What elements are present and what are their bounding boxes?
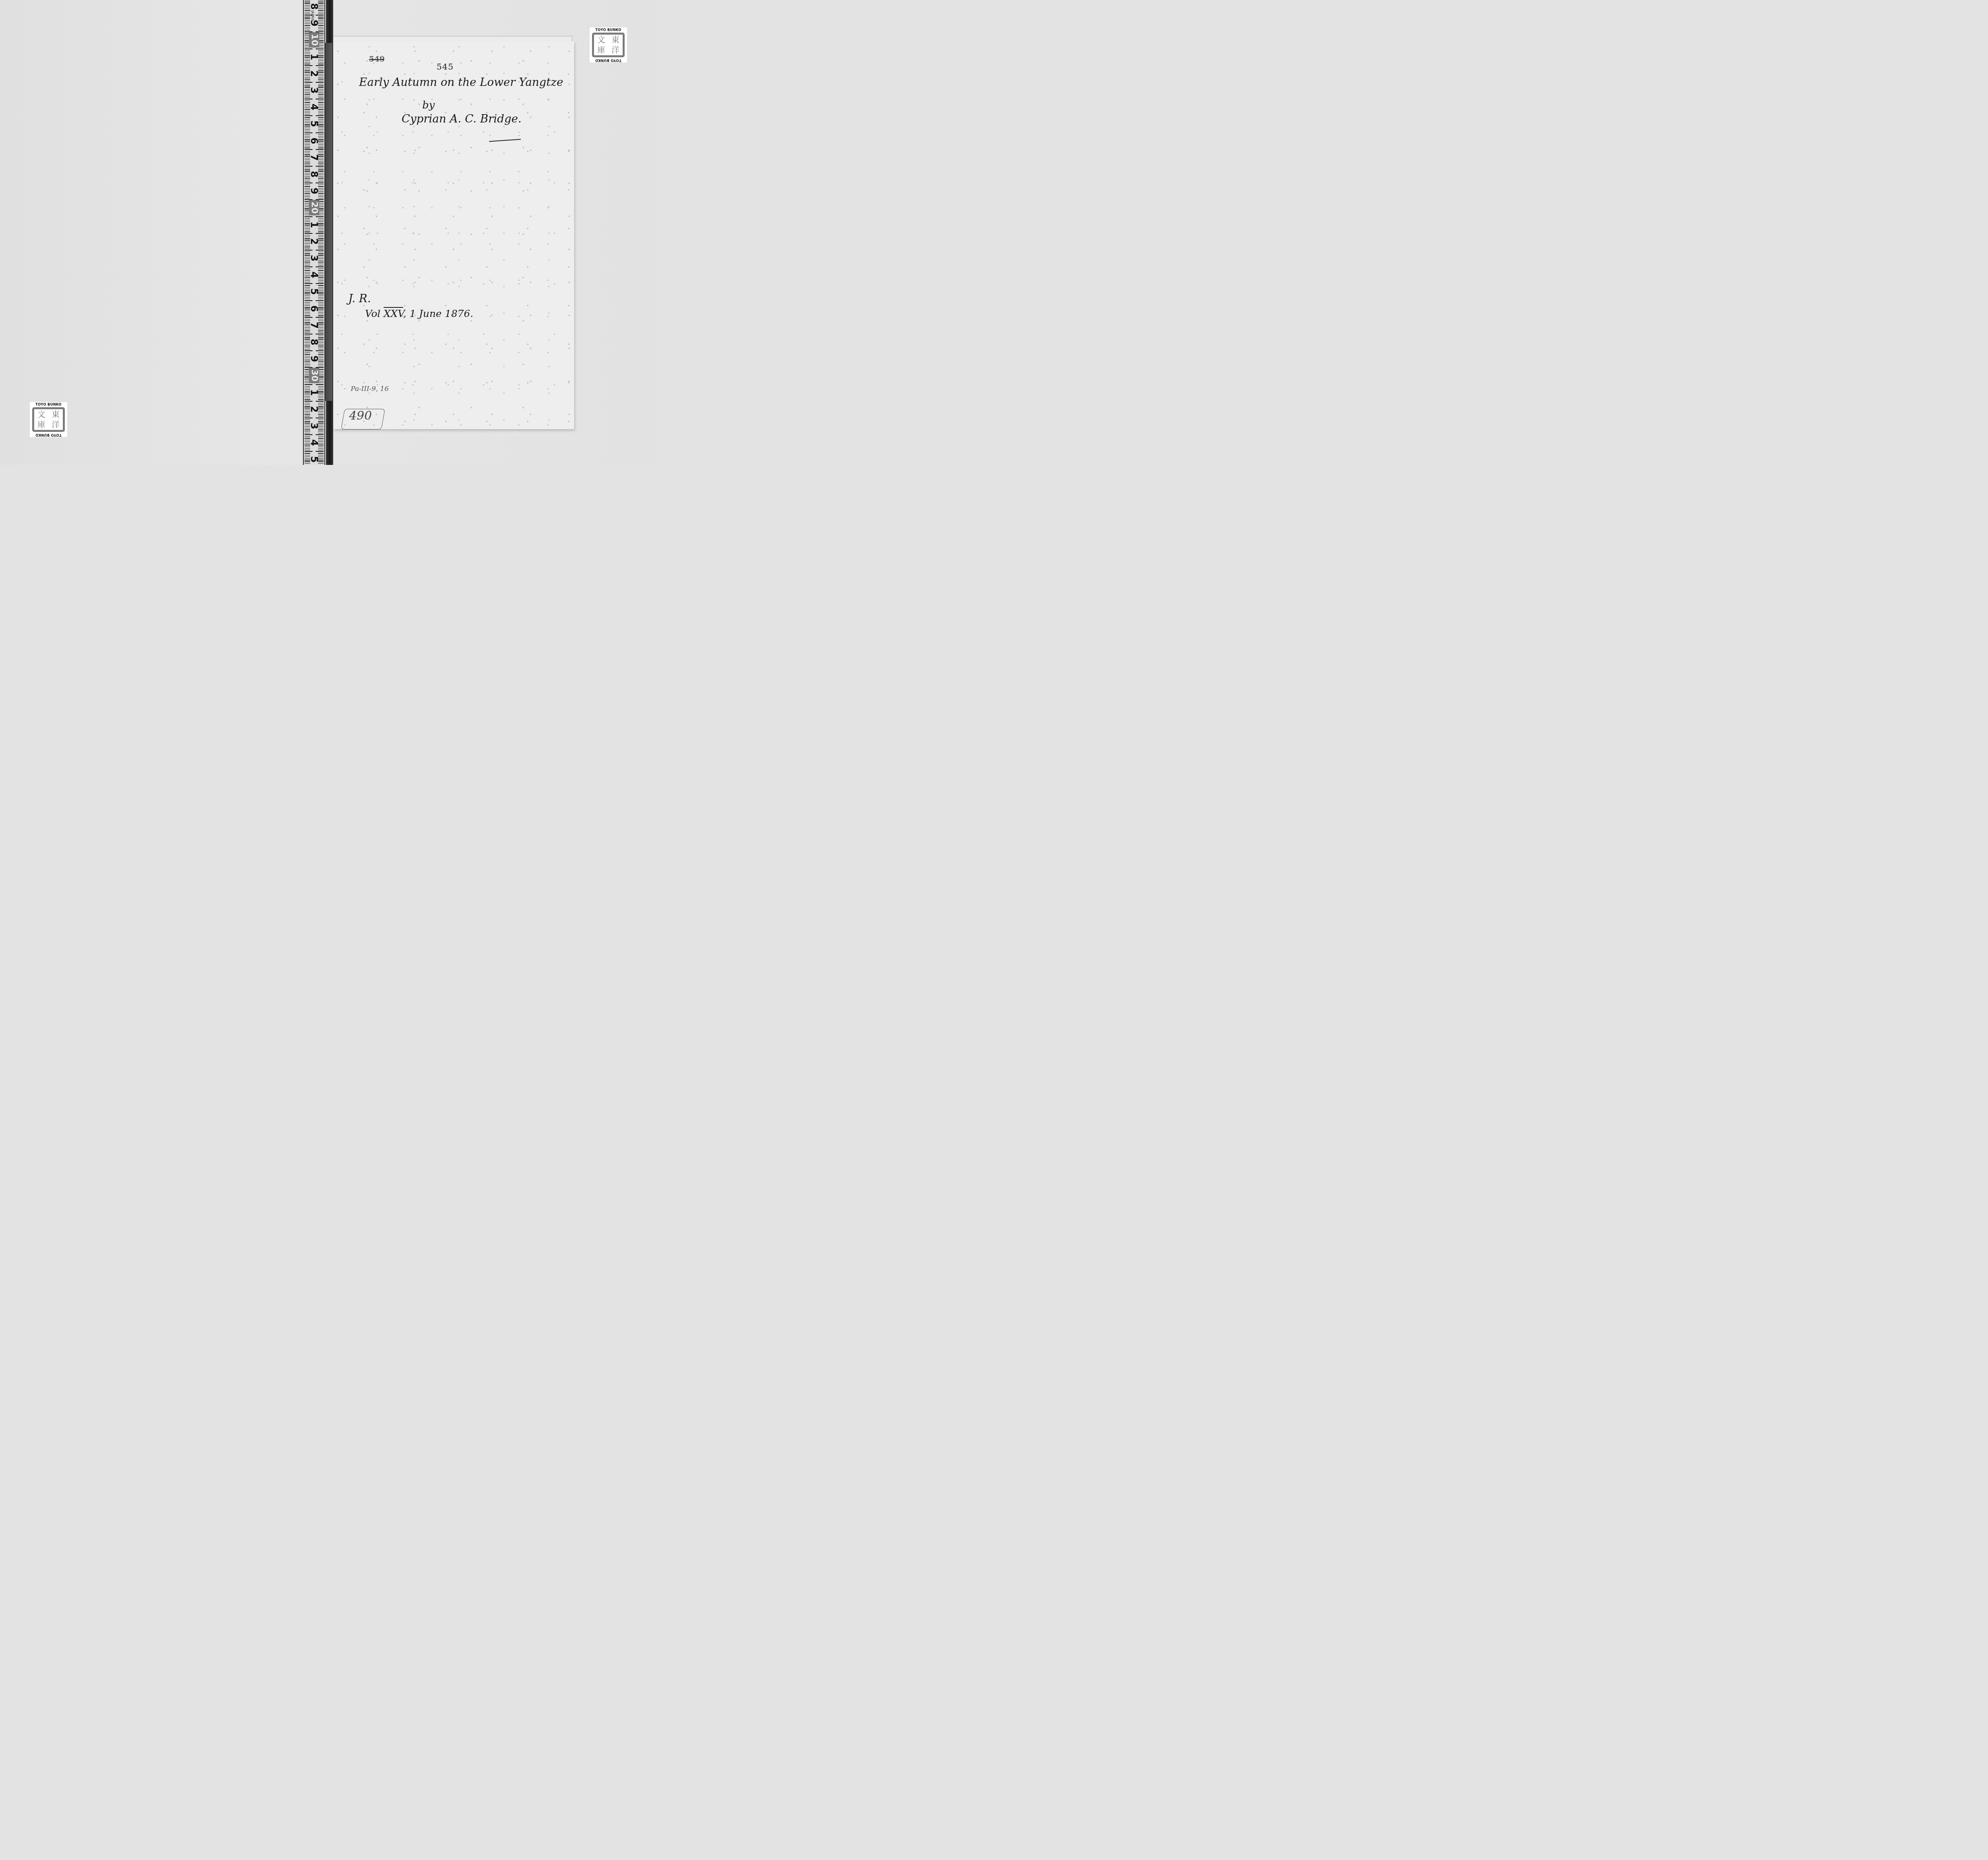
volume-date-line: Vol XXV, 1 June 1876. bbox=[365, 308, 473, 319]
seal-char: 洋 bbox=[49, 420, 63, 430]
seal-icon: 文 東 庫 洋 bbox=[592, 33, 625, 57]
ruler-number: 20 bbox=[309, 200, 319, 216]
ruler-cm-mark: 30 bbox=[304, 367, 324, 384]
ruler-cm-mark: 4 bbox=[304, 266, 324, 283]
toyo-bunko-logo-top-right: TOYO BUNKO 文 東 庫 洋 TOYO BUNKO bbox=[590, 27, 627, 62]
ruler-number: 5 bbox=[309, 121, 319, 127]
shelf-mark: Pa-III-9, 16 bbox=[351, 385, 389, 393]
ruler-cm-mark: 3 bbox=[304, 418, 324, 434]
ruler-cm-mark: 8 bbox=[304, 166, 324, 183]
ruler-cm-mark: 6 bbox=[304, 132, 324, 149]
ruler-number: 5 bbox=[309, 288, 319, 295]
ruler-cm-mark: 4 bbox=[304, 434, 324, 451]
strikethrough-line bbox=[369, 59, 384, 60]
old-catalog-number: 549 bbox=[369, 55, 385, 64]
ruler-number: 8 bbox=[309, 339, 319, 346]
ruler-number: 8 bbox=[309, 3, 319, 10]
logo-bottom-text: TOYO BUNKO bbox=[35, 433, 62, 436]
ruler-number: 6 bbox=[309, 137, 319, 144]
handwritten-byline: by bbox=[422, 99, 435, 111]
ruler-number: 2 bbox=[309, 70, 319, 77]
ruler-number: 4 bbox=[309, 104, 319, 111]
binding-strip-shadow bbox=[325, 43, 332, 401]
logo-top-text: TOYO BUNKO bbox=[595, 29, 621, 32]
ruler-cm-mark: 7 bbox=[304, 149, 324, 166]
ruler-cm-mark: 8 bbox=[304, 334, 324, 350]
ruler-number: 6 bbox=[309, 305, 319, 312]
ruler-cm-mark: 5 bbox=[304, 451, 324, 465]
ruler-cm-mark: 9 bbox=[304, 183, 324, 199]
ruler-cm-mark: 2 bbox=[304, 401, 324, 418]
publication-date: , 1 June 1876. bbox=[403, 308, 473, 319]
ruler-number: 1 bbox=[309, 221, 319, 228]
volume-label: Vol bbox=[365, 308, 381, 319]
ruler-cm-mark: 3 bbox=[304, 250, 324, 266]
ruler-number: 4 bbox=[309, 272, 319, 278]
ruler-number: 7 bbox=[309, 154, 319, 161]
seal-char: 洋 bbox=[608, 45, 623, 55]
ruler-number: 7 bbox=[309, 322, 319, 329]
ruler-cm-mark: 9 bbox=[304, 15, 324, 31]
ruler-number: 8 bbox=[309, 171, 319, 178]
ruler-number: 5 bbox=[309, 456, 319, 463]
seal-char: 東 bbox=[49, 409, 63, 420]
ruler-number: 9 bbox=[309, 356, 319, 362]
ruler-cm-mark: 20 bbox=[304, 199, 324, 216]
ruler-number: 3 bbox=[309, 87, 319, 94]
ruler-number: 10 bbox=[309, 32, 319, 48]
ruler-number: 1 bbox=[309, 389, 319, 396]
ruler-number: 9 bbox=[309, 188, 319, 194]
box-number: 490 bbox=[349, 409, 372, 423]
ruler-cm-mark: 2 bbox=[304, 65, 324, 82]
ruler-cm-mark: 9 bbox=[304, 350, 324, 367]
toyo-bunko-logo-bottom-left: TOYO BUNKO 文 東 庫 洋 TOYO BUNKO bbox=[30, 402, 67, 437]
seal-char: 文 bbox=[594, 35, 608, 45]
catalog-number: 545 bbox=[437, 62, 454, 72]
logo-bottom-text: TOYO BUNKO bbox=[595, 58, 621, 62]
seal-char: 庫 bbox=[594, 45, 608, 55]
ruler-number: 1 bbox=[309, 53, 319, 60]
ruler-cm-mark: 2 bbox=[304, 233, 324, 250]
seal-char: 東 bbox=[608, 35, 623, 45]
volume-numeral: XXV bbox=[384, 308, 403, 319]
ruler-number: 30 bbox=[309, 368, 319, 383]
ruler-cm-mark: 5 bbox=[304, 115, 324, 132]
ruler-cm-mark: 8 bbox=[304, 0, 324, 15]
handwritten-title: Early Autumn on the Lower Yangtze bbox=[359, 76, 563, 89]
seal-char: 文 bbox=[34, 409, 49, 420]
ruler-cm-mark: 10 bbox=[304, 31, 324, 48]
ruler-cm-mark: 1 bbox=[304, 49, 324, 65]
ruler-cm-mark: 1 bbox=[304, 384, 324, 401]
ruler-cm-mark: 5 bbox=[304, 283, 324, 300]
ruler-cm-mark: 7 bbox=[304, 317, 324, 334]
seal-char: 庫 bbox=[34, 420, 49, 430]
ruler-cm-mark: 3 bbox=[304, 82, 324, 99]
ruler-cm-mark: 6 bbox=[304, 300, 324, 317]
seal-icon: 文 東 庫 洋 bbox=[32, 407, 65, 432]
journal-abbreviation: J. R. bbox=[348, 292, 371, 305]
ruler-number: 2 bbox=[309, 406, 319, 413]
ruler-number: 4 bbox=[309, 439, 319, 446]
ruler-cm-mark: 1 bbox=[304, 216, 324, 233]
logo-top-text: TOYO BUNKO bbox=[35, 403, 62, 407]
ruler-number: 3 bbox=[309, 423, 319, 430]
measuring-ruler: JAPAN 8910123456789201234567893012345 bbox=[303, 0, 325, 465]
ruler-number: 9 bbox=[309, 20, 319, 27]
ruler-number: 2 bbox=[309, 238, 319, 245]
document-page bbox=[333, 41, 574, 429]
ruler-number: 3 bbox=[309, 255, 319, 262]
handwritten-author: Cyprian A. C. Bridge. bbox=[402, 112, 522, 125]
ruler-cm-mark: 4 bbox=[304, 99, 324, 115]
